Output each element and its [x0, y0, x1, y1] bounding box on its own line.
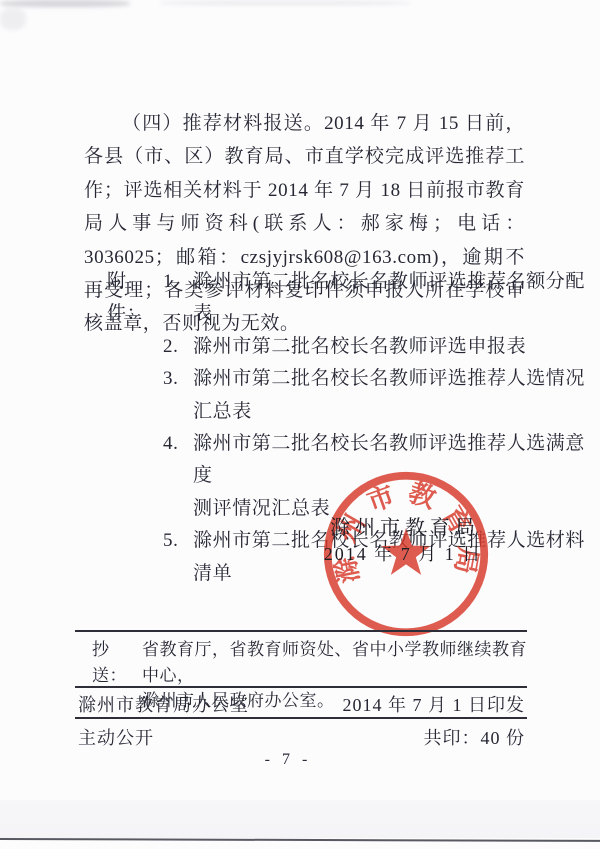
- attachment-item: 附件： 1. 滁州市第二批名校长名教师评选推荐名额分配表: [107, 266, 600, 331]
- attachment-number: 2.: [163, 331, 193, 363]
- signature-organization: 滁州市教育局: [330, 511, 480, 540]
- attachments-label: 附件：: [107, 266, 163, 331]
- scanned-document-page: （四）推荐材料报送。2014 年 7 月 15 日前，各县（市、区）教育局、市直…: [0, 0, 600, 849]
- scan-shade: [0, 800, 600, 838]
- footer-divider: [75, 630, 527, 632]
- scan-page-edge: [0, 838, 600, 842]
- footer-divider: [75, 717, 527, 719]
- attachment-title: 滁州市第二批名校长名教师评选推荐人选情况汇总表: [193, 363, 600, 428]
- attachment-title: 滁州市第二批名校长名教师评选推荐名额分配表: [193, 266, 600, 331]
- scan-smudge: [160, 1, 410, 5]
- attachment-number: 3.: [163, 363, 193, 395]
- issuing-office-row: 滁州市教育局办公室 2014 年 7 月 1 日印发: [78, 691, 525, 717]
- copy-to-label: 抄送：: [92, 637, 142, 688]
- disclosure-type: 主动公开: [78, 724, 154, 750]
- issuing-office: 滁州市教育局办公室: [78, 691, 249, 717]
- attachment-title: 滁州市第二批名校长名教师评选申报表: [193, 331, 526, 363]
- disclosure-row: 主动公开 共印：40 份: [78, 724, 525, 750]
- scan-smudge: [0, 8, 26, 30]
- attachment-item: 2. 滁州市第二批名校长名教师评选申报表: [107, 331, 600, 363]
- print-copies: 共印：40 份: [424, 724, 526, 750]
- page-number: - 7 -: [0, 751, 576, 769]
- print-date: 2014 年 7 月 1 日印发: [343, 691, 526, 717]
- attachment-number: 5.: [163, 525, 193, 557]
- attachment-number: 1.: [163, 266, 193, 298]
- footer-divider: [75, 686, 527, 688]
- scan-smudge: [0, 0, 130, 7]
- attachment-number: 4.: [163, 428, 193, 460]
- signature-date: 2014 年 7 月 1 日: [318, 540, 488, 566]
- attachment-item: 3. 滁州市第二批名校长名教师评选推荐人选情况汇总表: [107, 363, 600, 428]
